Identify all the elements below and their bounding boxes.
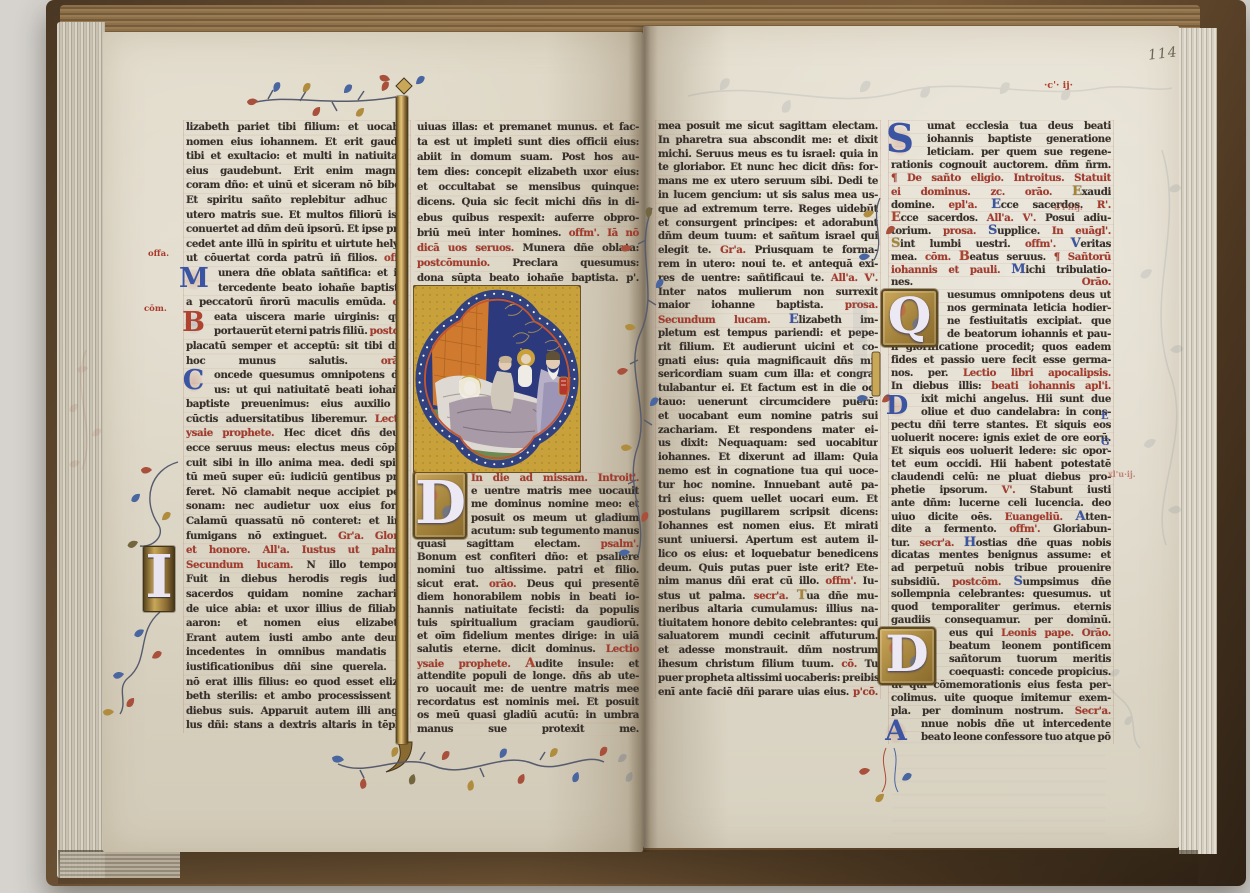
text-line: salutis eterne. dicit dominus. Lectio [417,643,639,656]
infant-face [521,354,531,364]
text-line: iohannis et pauli. Michi tribulatio- [891,263,1111,276]
text-line: unera dñe oblata sañtifica: et iñ- [186,266,408,281]
gold-bar-border [396,96,408,744]
text-line: pla. per dominum nostrum. Secr'a. [891,705,1111,718]
text-line: et oīm fidelium mentes dirige: in uiā [417,630,639,643]
text-line: diem honorabilem nobis in beati io- [417,591,639,604]
text-line: baptiste preuenimus: eius auxilio a [186,397,408,412]
text-line: mea posuit me sicut sagittam electam. [658,120,878,134]
text-line: dicatas mentes benignus assume: et [891,549,1111,562]
text-line: uoluerit nocere: ignis exiet de ore eorū… [891,432,1111,445]
illuminated-initial-A: A [882,717,910,747]
illuminated-initial-B: B [181,309,206,338]
text-line: hannis natiuitate fecisti: da populis [417,604,639,617]
text-line: ysaie prophete. Audite insule: et [417,657,639,670]
text-line: uiuo dicite oēs. Euangeliū. Atten- [891,510,1111,523]
text-line: rem in utero: noui te. et antequā exi- [658,258,878,272]
text-line: nemo est in cognatione tua qui uoce- [658,465,878,479]
text-line: lizabeth pariet tibi filium: et uocabis [186,120,408,135]
text-line: us: ut qui natiuitatē beati iohañis [186,383,408,398]
text-line: diebus suis. Apparuit autem illi ange- [186,704,408,719]
text-line: Et siquis eos uoluerit ledere: sic opor- [891,445,1111,458]
text-line: ad perpetuū nobis tribue prouenire [891,562,1111,575]
text-line: In diebus illis: beati iohannis apl'i. [891,380,1111,393]
marginal-note: d'i·iiij. [1054,202,1083,212]
text-line: Inter natos mulierum non surrexit [658,286,878,300]
illuminated-initial-D: D [884,393,910,421]
text-line: mans me ex utero seruum sibi. Dedi te [658,175,878,189]
text-line: recordatus est nominis mei. Et posuit [417,696,639,709]
nativity-of-john-baptist-miniature [413,285,581,473]
text-line: Iohannes est nomen eius. Et mirati [658,520,878,534]
text-line: phetie ipsorum. V'. Stabunt iusti [891,484,1111,497]
marginal-note: offa. [148,249,169,259]
text-line: tū meū super eū: iudiciū gentibus pro- [186,470,408,485]
text-line: tercedente beato iohañe baptista: [186,281,408,296]
text-line: ¶ De sañto eligio. Introitus. Statuit [891,172,1111,185]
writing-tablet [559,377,568,395]
text-line: umat ecclesia tua deus beati [891,120,1111,133]
text-line: gnati eius: quia magnificauit dñs mi- [658,355,878,369]
text-line: enī ante faciē dñi parare uias eius. p'c… [658,686,878,700]
text-line: subsidiū. postcōm. Sumpsimus dñe [891,575,1111,588]
text-line: Secundum lucam. N illo tempore: [186,558,408,573]
text-line: neribus altaria cumulamus: illius na- [658,603,878,617]
text-line: dite a fermento. offm'. Gloriabun- [891,523,1111,536]
illuminated-initial-C: C [181,367,206,396]
text-line: quod temporaliter gerimus. eternis [891,601,1111,614]
illuminated-initial-S: S [884,120,916,162]
text-line: portauerūt eterni patris filiū. postcō. [186,324,408,339]
text-line: in lucem gencium: ut sis salus mea us- [658,189,878,203]
text-line: nomini tuo altissime. patri et filio. [417,564,639,577]
text-line: claudendi celū: ne pluat diebus pro- [891,471,1111,484]
text-line: tem dies: concepit elizabeth uxor eius: [417,165,639,180]
text-line: stus ut palma. secr'a. Tua dñe mu- [658,589,878,603]
text-line: nomen eius iohannem. Et erit gaudiū [186,135,408,150]
text-line: postulans pugillarem scripsit dicens: [658,506,878,520]
text-line: beth sterilis: et ambo processissent in [186,689,408,704]
text-line: dicā uos seruos. Munera dñe oblata: [417,241,639,256]
text-line: dñm deum tuum: et sañtum israel qui [658,230,878,244]
text-line: ei dominus. zc. orāo. Exaudi [891,185,1111,198]
text-line: eius gaudebunt. Erit enim magnus [186,164,408,179]
text-line: saluatorem mundi cecinit affuturum. [658,630,878,644]
text-line: et occultabat se mensibus quinque: [417,180,639,195]
text-line: tulabantur ei. Et factum est in die oc- [658,382,878,396]
illuminated-initial-I: I [143,546,175,612]
text-line: sericordiam suam cum illa: et congra- [658,368,878,382]
text-line: Et spiritu sañto replebitur adhuc ex [186,193,408,208]
text-line: iohannis baptiste generatione [891,133,1111,146]
text-line: tuis spiritualium graciam gaudiorū. [417,617,639,630]
illuminated-initial-Q: Q [881,289,938,347]
text-line: postcōmunio. Preclara quesumus: [417,256,639,271]
text-line: placatū semper et acceptū: sit tibi dñe [186,339,408,354]
text-line: eata uiscera marie uirginis: que [186,310,408,325]
text-line: cuit sibi in illo anima mea. dedi spiri- [186,456,408,471]
text-line: sollempnia celebrantes: quesumus. ut [891,588,1111,601]
text-line: coram dño: et uinū et siceram nō bibet. [186,178,408,193]
text-line: a peccatorū ñrorū maculis emūda. cō. [186,295,408,310]
illuminated-initial-D: D [413,471,467,539]
text-line: attendite populi de longe. dñs ab ute- [417,670,639,683]
marginal-note: E [1101,411,1109,422]
text-line: cedet ante illū in spiritu et uirtute he… [186,237,408,252]
illuminated-initial-M: M [179,265,209,294]
text-line: fides et passio uere fecit esse germa- [891,354,1111,367]
manuscript-photo: lizabeth pariet tibi filium: et uocabisn… [0,0,1250,893]
text-line: colimus. uite quoque imitemur exem- [891,692,1111,705]
text-line: uiuas illas: et premanet munus. et fac- [417,120,639,135]
text-line: et adesse monstrauit. dñm nostrum [658,644,878,658]
text-line: tiuitatem honore debito celebrantes: qui [658,617,878,631]
text-line: nos. per. Lectio libri apocalipsis. [891,367,1111,380]
page-stack-left [57,22,105,878]
text-line: ro uocauit me: de uentre matris mee [417,683,639,696]
text-line: rit filium. Et audierunt uicini et co- [658,341,878,355]
text-line: cūctis aduersitatibus liberemur. Lectio [186,412,408,427]
text-line: tibi et exultacio: et multi in natiuitat… [186,149,408,164]
right-page-column-1: mea posuit me sicut sagittam electam.In … [655,120,881,699]
text-line: deum. Quis putas puer iste erit? Ete- [658,562,878,576]
text-line: ut cōuertat corda patrū iñ filios. offa. [186,251,408,266]
text-line: tri eius: quem uellet uocari eum. Et [658,493,878,507]
text-line: Secundum lucam. Elizabeth im- [658,313,878,327]
text-line: leticiam. per quem sue regene- [891,146,1111,159]
text-line: manus sue protexit me. [417,723,639,736]
text-line: dona sūpta beato iohañe baptista. p'. [417,271,639,286]
page-stack-right [1179,28,1217,854]
text-line: abiit in domum suam. Post hos au- [417,150,639,165]
text-line: fumigans nō extinguet. Gr'a. Gloria [186,529,408,544]
text-line: Ecce sacerdos. All'a. V'. Posui adiu- [891,211,1111,224]
text-line: lus dñi: stans a dextris altaris in tēpl… [186,718,408,733]
text-line: nō erat illis filius: eo quod esset eliz… [186,675,408,690]
text-line: nnue nobis dñe ut intercedente [891,718,1111,731]
text-line: tur hoc nomine. Innuebant autē pa- [658,479,878,493]
text-line: ante dñm: lucerne celi lucencia. deo [891,497,1111,510]
text-line: oliue et duo candelabra: in cons- [891,406,1111,419]
text-line: ixit michi angelus. Hii sunt due [891,393,1111,406]
text-line: lico os eius: et loquebatur benedicens [658,548,878,562]
text-line: In pharetra sua abscondit me: et dixit [658,134,878,148]
text-line: et honore. All'a. Iustus ut palma. [186,543,408,558]
marginal-note: G [1101,437,1110,448]
illuminated-initial-D: D [878,627,936,685]
text-line: iohannes. Et dixerunt ad illam: Quia [658,451,878,465]
text-line: pletum est tempus pariendi: et pepe- [658,327,878,341]
left-page-column-1: lizabeth pariet tibi filium: et uocabisn… [183,120,411,733]
text-line: ebus quibus respexit: auferre obpro- [417,211,639,226]
text-line: torium. prosa. Supplice. In euāgl'. [891,224,1111,237]
text-line: zachariam. Et respondens mater ei- [658,424,878,438]
text-line: mea. cōm. Beatus seruus. ¶ Sañtorū [891,250,1111,263]
text-line: feret. Nō clamabit neque accipiet per- [186,485,408,500]
text-line: te gloriabor. Et nunc hec dicit dñs: for… [658,161,878,175]
text-line: tauo: uenerunt circumcidere puerū: [658,396,878,410]
book-bottom-shadow [58,850,1198,884]
text-line: et uocabant eum nomine patris sui [658,410,878,424]
text-line: Erant autem iusti ambo ante deum: [186,631,408,646]
left-page-column-2-top: uiuas illas: et premanet munus. et fac-t… [415,120,641,286]
text-line: briū meū inter homines. offm'. Iā nō [417,226,639,241]
text-line: Bonum est confiteri dño: et psallere [417,551,639,564]
text-line: que ad extremum terre. Reges uidebūt [658,203,878,217]
text-line: Sint lumbi uestri. offm'. Veritas [891,237,1111,250]
text-line: aaron: et nomen eius elizabeth. [186,616,408,631]
text-line: res de uentre: sañtificaui te. All'a. V'… [658,272,878,286]
text-line: Calamū quassatū nō conteret: et linū [186,514,408,529]
text-line: quasi sagittam electam. psalm'. [417,538,639,551]
text-line: hoc munus salutis. orāo. [186,354,408,369]
text-line: us dixit: Nequaquam: sed uocabitur [658,437,878,451]
text-line: oncede quesumus omnipotens de- [186,368,408,383]
text-line: nim manus dñi erat cū illo. offm'. Iu- [658,575,878,589]
text-line: sacerdos quidam nomine zacharias [186,587,408,602]
text-line: ecce seruus meus: electus meus cōpla- [186,441,408,456]
text-line: ta est ut impleti sunt dies officii eius… [417,135,639,150]
text-line: et consurgent principes: et adorabunt [658,217,878,231]
text-line: maior iohanne baptista. prosa. [658,299,878,313]
page-stack-bottom [60,852,180,878]
marginal-note: xl'u·ij. [1108,469,1136,479]
text-line: dicens. Quia sic fecit michi dñs in di- [417,195,639,210]
text-line: tur. secr'a. Hostias dñe quas nobis [891,536,1111,549]
text-line: ysaie prophete. Hec dicet dñs deus: [186,426,408,441]
text-line: sunt uniuersi. Apertum est autem il- [658,534,878,548]
showthrough-text-ghost [892,742,1106,838]
text-line: michi. Seruus meus es tu israel: quia in [658,148,878,162]
text-line: iustificationibus dñi sine querela. Et [186,660,408,675]
text-line: pectu dñi terre stantes. Et siquis eos [891,419,1111,432]
quire-mark: ·c'· ij· [1044,80,1073,91]
text-line: conuertet ad dñm deū ipsorū. Et ipse pre… [186,222,408,237]
text-line: tet eum occidi. Hii habent potestatē [891,458,1111,471]
text-line: os meū quasi gladiū acutū: in umbra [417,709,639,722]
text-line: elegit te. Gr'a. Priusquam te forma- [658,244,878,258]
text-line: sicut erat. orāo. Deus qui presentē [417,578,639,591]
text-line: incedentes in omnibus mandatis et [186,645,408,660]
text-line: ihesum christum filium tuum. cō. Tu [658,658,878,672]
text-line: rationis cognouit auctorem. dñm ñrm. [891,159,1111,172]
text-line: Fuit in diebus herodis regis iudee [186,572,408,587]
text-line: de uice abia: et uxor illius de filiabus [186,602,408,617]
text-line: puer propheta altissimi uocaberis: preib… [658,672,878,686]
text-line: utero matris sue. Et multos filiorū isrl… [186,208,408,223]
infant-swaddled [518,365,532,387]
text-line: sonam: nec audietur uox eius foris. [186,499,408,514]
marginal-note: cōm. [144,304,167,314]
